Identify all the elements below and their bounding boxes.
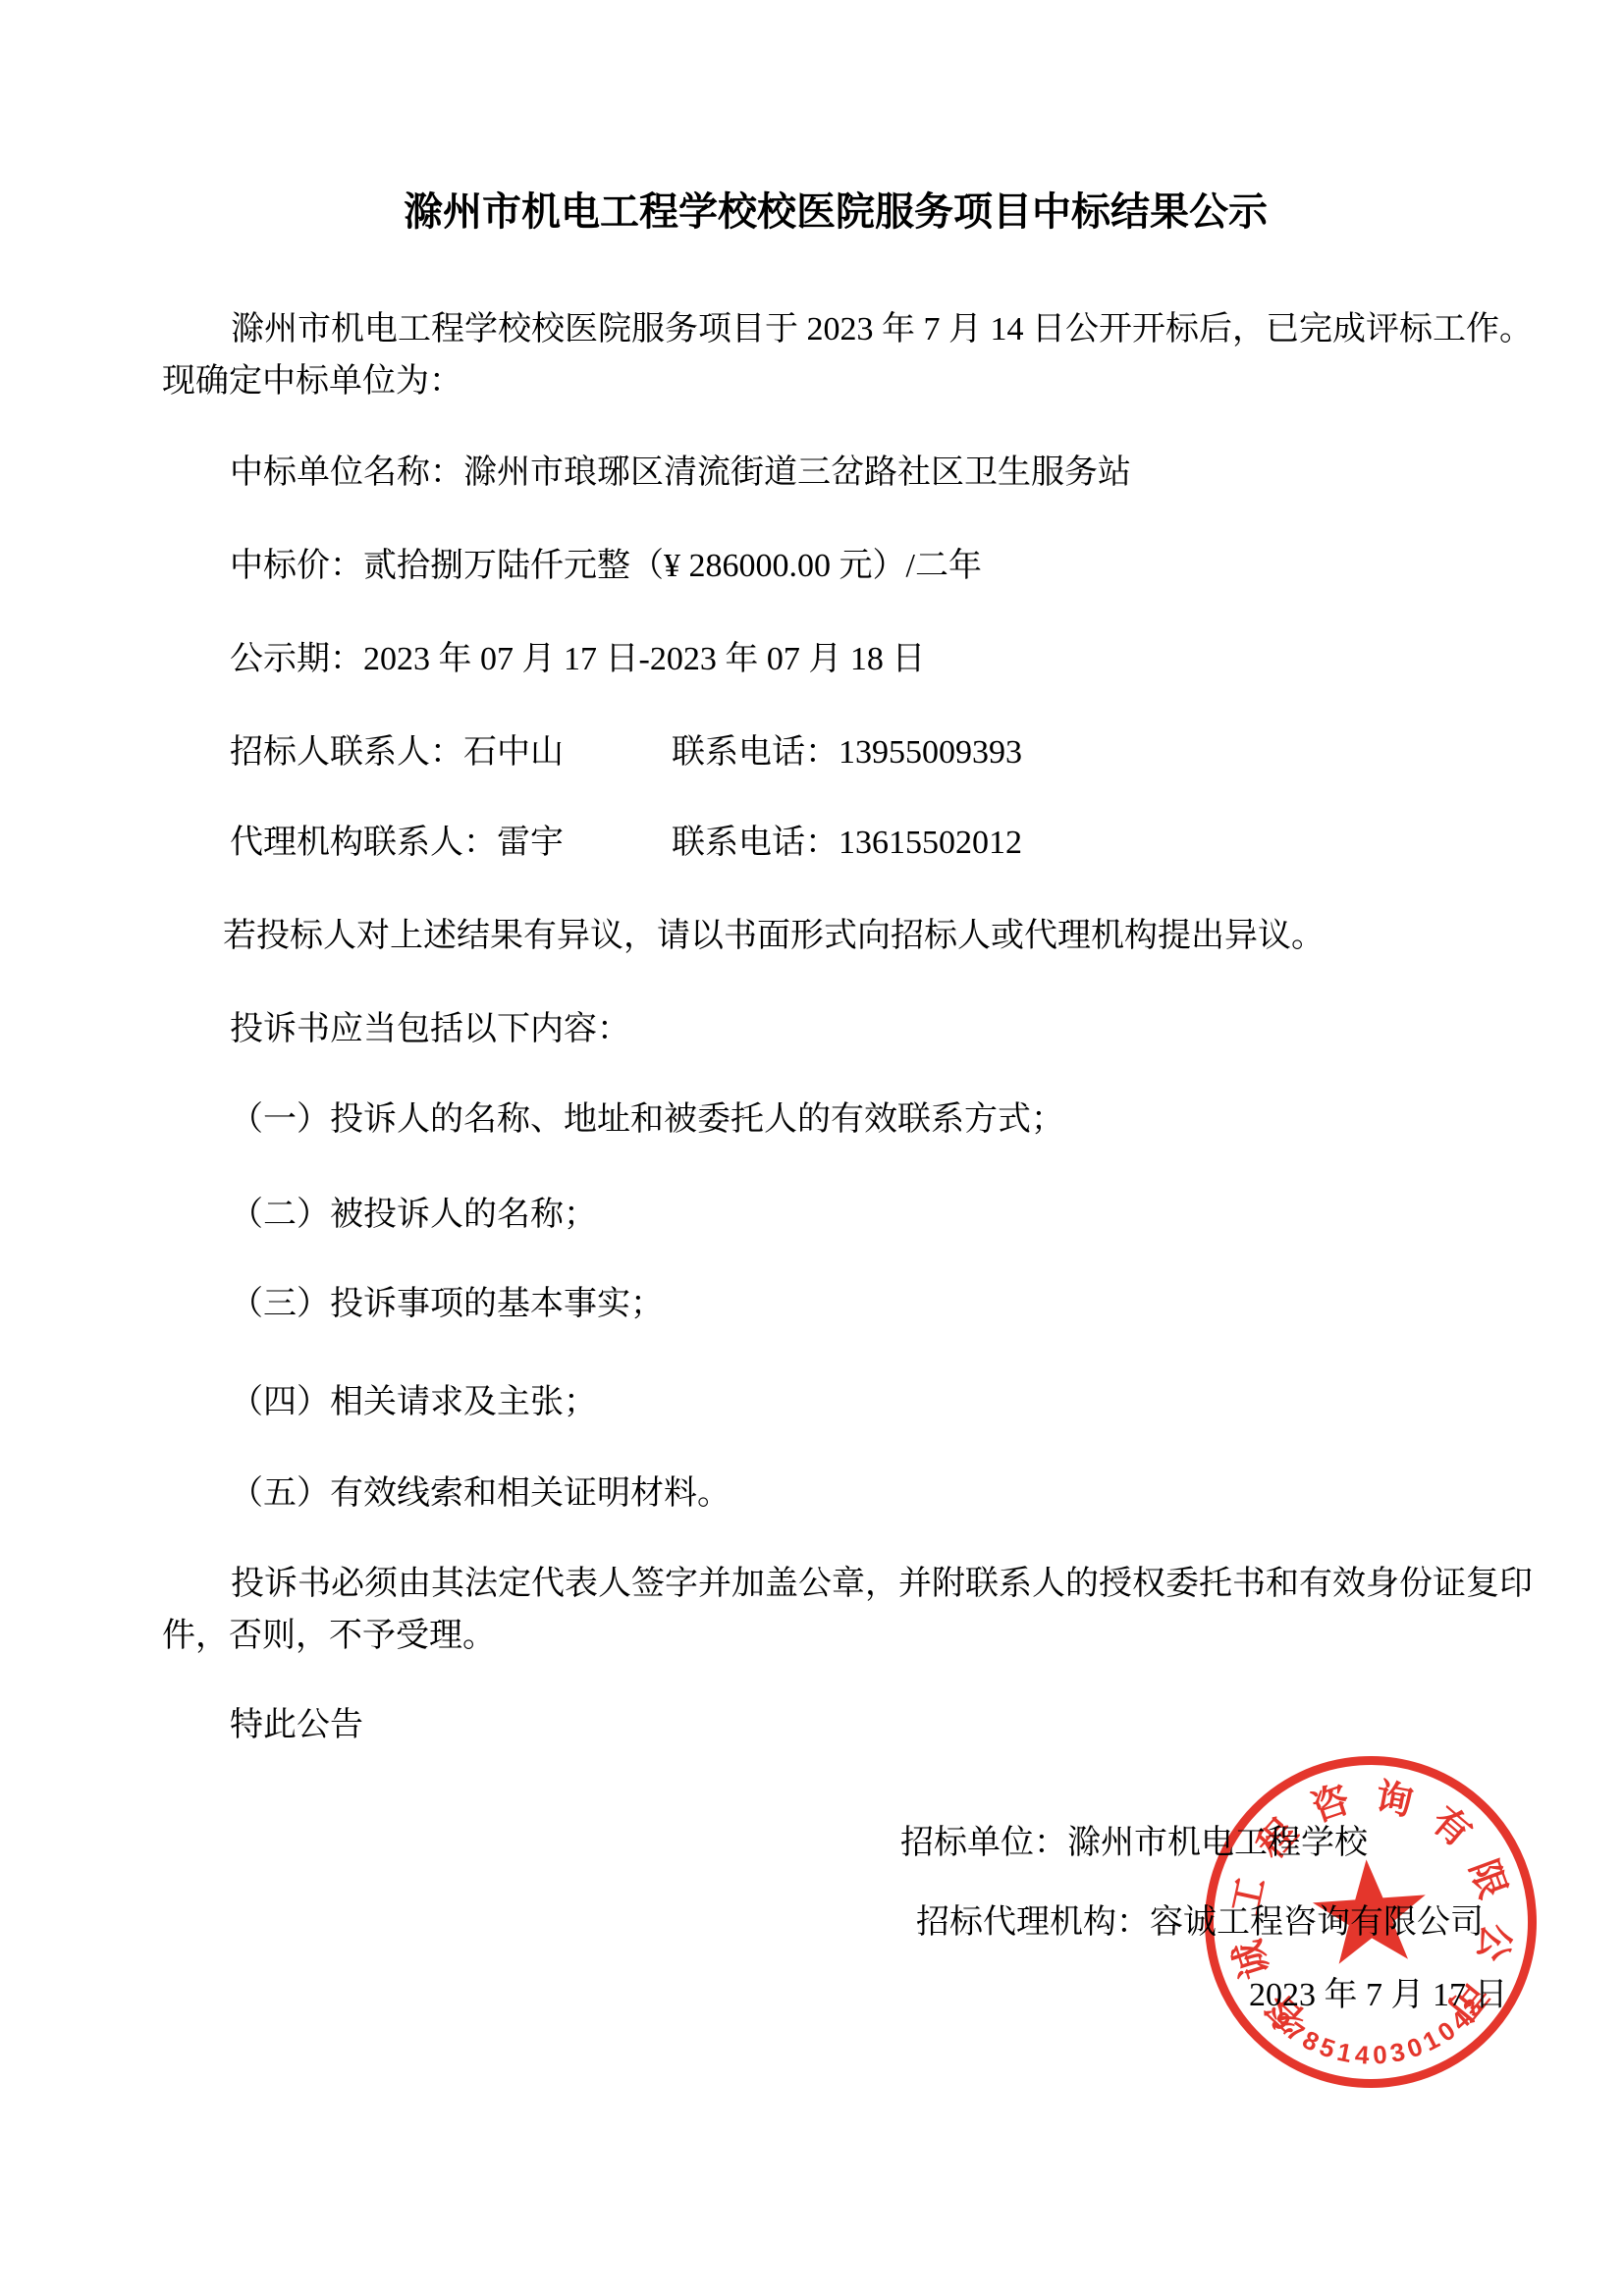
requirement-line-1: 投诉书必须由其法定代表人签字并加盖公章，并附联系人的授权委托书和有效身份证复印 — [162, 1566, 1533, 1602]
objection-line: 若投标人对上述结果有异议，请以书面形式向招标人或代理机构提出异议。 — [223, 910, 1325, 962]
agency-contact-phone: 联系电话：13615502012 — [672, 817, 1022, 869]
document-page: 滁州市机电工程学校校医院服务项目中标结果公示 滁州市机电工程学校校医院服务项目于… — [0, 0, 1624, 2296]
complaint-item-4: （四）相关请求及主张； — [230, 1376, 597, 1428]
requirement-line-2: 件，否则，不予受理。 — [162, 1618, 496, 1654]
bidder-contact-name: 招标人联系人：石中山 — [230, 734, 564, 771]
agency-contact-name: 代理机构联系人：雷宇 — [230, 825, 564, 861]
price-line: 中标价：贰拾捌万陆仟元整（¥ 286000.00 元）/二年 — [230, 540, 982, 592]
complaint-intro-line: 投诉书应当包括以下内容： — [230, 1003, 630, 1055]
bidder-contact-phone: 联系电话：13955009393 — [672, 726, 1022, 778]
company-seal: 容诚工程咨询有限公司 3401030415879 — [1194, 1745, 1548, 2100]
winner-line: 中标单位名称：滁州市琅琊区清流街道三岔路社区卫生服务站 — [230, 447, 1131, 499]
complaint-item-1: （一）投诉人的名称、地址和被委托人的有效联系方式； — [230, 1094, 1064, 1146]
complaint-item-5: （五）有效线索和相关证明材料。 — [230, 1468, 731, 1520]
publicity-period-line: 公示期：2023 年 07 月 17 日-2023 年 07 月 18 日 — [230, 633, 925, 685]
bidder-contact-line: 招标人联系人：石中山 联系电话：13955009393 — [230, 726, 564, 778]
complaint-item-3: （三）投诉事项的基本事实； — [230, 1278, 664, 1330]
intro-paragraph: 滁州市机电工程学校校医院服务项目于 2023 年 7 月 14 日公开开标后，已… — [162, 303, 1537, 407]
requirement-paragraph: 投诉书必须由其法定代表人签字并加盖公章，并附联系人的授权委托书和有效身份证复印 … — [162, 1558, 1537, 1662]
seal-serial-number: 3401030415879 — [1194, 1745, 1548, 2100]
page-title: 滁州市机电工程学校校医院服务项目中标结果公示 — [162, 185, 1509, 240]
complaint-item-2: （二）被投诉人的名称； — [230, 1189, 597, 1241]
intro-line-2: 现确定中标单位为： — [162, 363, 462, 400]
intro-line-1: 滁州市机电工程学校校医院服务项目于 2023 年 7 月 14 日公开开标后，已… — [162, 311, 1533, 347]
agency-contact-line: 代理机构联系人：雷宇 联系电话：13615502012 — [230, 817, 564, 869]
closing-line: 特此公告 — [230, 1699, 363, 1751]
